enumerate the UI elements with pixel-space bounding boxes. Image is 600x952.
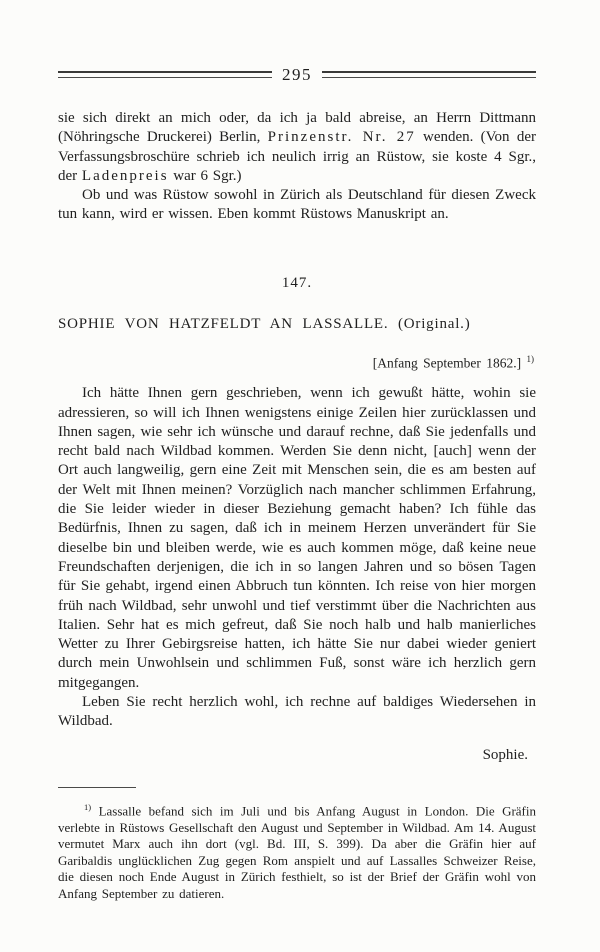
dateline: [Anfang September 1862.] 1) (58, 354, 534, 372)
page-footer: 1) Lassalle befand sich im Juli und bis … (58, 787, 536, 903)
letter-paragraph-2: Leben Sie recht herzlich wohl, ich rechn… (58, 693, 536, 732)
page-header: 295 (58, 66, 536, 83)
intro-paragraph-2: Ob und was Rüstow sowohl in Zürich als D… (58, 186, 536, 225)
footnote-marker: 1) (84, 802, 91, 812)
header-rule-right (322, 71, 536, 78)
dateline-text: [Anfang September 1862.] (373, 355, 521, 370)
letter-heading: SOPHIE VON HATZFELDT AN LASSALLE. (Origi… (58, 316, 536, 333)
header-rule-left (58, 71, 272, 78)
footnote: 1) Lassalle befand sich im Juli und bis … (58, 799, 536, 903)
footnote-separator (58, 787, 136, 788)
intro-segment-address-spaced: Prinzenstr. Nr. 27 (268, 129, 416, 145)
book-page: 295 sie sich direkt an mich oder, da ich… (0, 0, 600, 952)
page-number: 295 (272, 66, 322, 83)
signature: Sophie. (58, 747, 528, 764)
letter-paragraph-1: Ich hätte Ihnen gern geschrieben, wenn i… (58, 384, 536, 693)
page-body: sie sich direkt an mich oder, da ich ja … (58, 109, 536, 764)
section-number: 147. (58, 275, 536, 292)
footnote-text: Lassalle befand sich im Juli und bis Anf… (58, 803, 536, 901)
footnote-reference: 1) (527, 354, 535, 364)
intro-paragraph-1: sie sich direkt an mich oder, da ich ja … (58, 109, 536, 186)
intro-segment-price-spaced: Ladenpreis (82, 168, 169, 184)
intro-segment-3: war 6 Sgr.) (169, 168, 242, 184)
